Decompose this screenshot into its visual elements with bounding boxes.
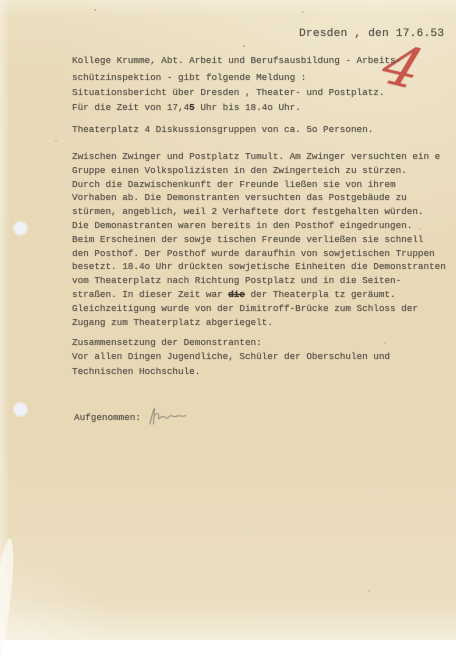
punch-hole-top — [14, 222, 27, 235]
text-line: Zwischen Zwinger und Postplatz Tumult. A… — [72, 150, 446, 164]
text-line: Gruppe einen Volkspolizisten in den Zwin… — [72, 164, 446, 178]
time-text-post: Uhr bis 18.4o Uhr. — [195, 102, 301, 113]
text-line: Vor allen Dingen Jugendliche, Schüler de… — [72, 350, 390, 364]
text-line: Vorhaben ab. Die Demonstranten versuchte… — [72, 191, 446, 205]
scanned-document-page: Dresden , den 17.6.53 4 Kollege Krumme, … — [0, 0, 456, 640]
paper-speck — [419, 228, 421, 230]
paper-speck — [94, 9, 96, 11]
intro-paragraph: Kollege Krumme, Abt. Arbeit und Berufsau… — [72, 53, 401, 86]
text-line: besetzt. 18.4o Uhr drückten sowjetische … — [72, 260, 446, 274]
report-paragraph: Zwischen Zwinger und Postplatz Tumult. A… — [72, 150, 446, 329]
text-line-time: Für die Zeit von 17,45 Uhr bis 18.4o Uhr… — [72, 100, 384, 115]
text-line-with-strikeout: straßen. In dieser Zeit war die der Thea… — [72, 288, 446, 302]
text-line: Kollege Krumme, Abt. Arbeit und Berufsau… — [72, 53, 401, 70]
groups-paragraph: Theaterplatz 4 Diskussionsgruppen von ca… — [72, 123, 373, 137]
text-line: Durch die Dazwischenkunft der Freunde li… — [72, 178, 446, 192]
text-line: Zusammensetzung der Demonstranten: — [72, 336, 390, 350]
paper-speck — [55, 140, 57, 142]
text-line: Technischen Hochschule. — [72, 365, 390, 379]
time-text-pre: Für die Zeit von 17,4 — [72, 102, 189, 113]
strike-post-text: der Theaterpla tz geräumt. — [245, 289, 396, 300]
strike-pre-text: straßen. In dieser Zeit war — [72, 289, 228, 300]
text-line: Theaterplatz 4 Diskussionsgruppen von ca… — [72, 123, 373, 137]
struck-out-word: die — [228, 289, 245, 300]
text-line: stürmen, angeblich, weil 2 Verhaftete do… — [72, 205, 446, 219]
paper-speck — [243, 45, 245, 47]
text-line: schützinspektion - gibt folgende Meldung… — [72, 70, 401, 87]
text-line: Zugang zum Theaterplatz abgeriegelt. — [72, 316, 446, 330]
text-line: vom Theaterplatz nach Richtung Postplatz… — [72, 274, 446, 288]
punch-hole-bottom — [14, 403, 27, 416]
paper-speck — [368, 590, 370, 592]
recorded-by-label: Aufgenommen: — [74, 411, 141, 424]
text-line: Situationsbericht über Dresden , Theater… — [72, 85, 384, 100]
paper-speck — [302, 11, 304, 13]
subject-paragraph: Situationsbericht über Dresden , Theater… — [72, 85, 384, 115]
paper-speck — [384, 342, 386, 344]
text-line: Die Demonastranten waren bereits in den … — [72, 219, 446, 233]
text-line: Beim Erscheinen der sowje tischen Freund… — [72, 233, 446, 247]
signature-scribble — [146, 402, 200, 430]
paper-edge-highlight — [0, 538, 18, 640]
text-line: den Posthof. Der Posthof wurde daraufhin… — [72, 247, 446, 261]
composition-paragraph: Zusammensetzung der Demonstranten: Vor a… — [72, 336, 390, 379]
text-line: Gleichzeitigung wurde von der Dimitroff-… — [72, 302, 446, 316]
